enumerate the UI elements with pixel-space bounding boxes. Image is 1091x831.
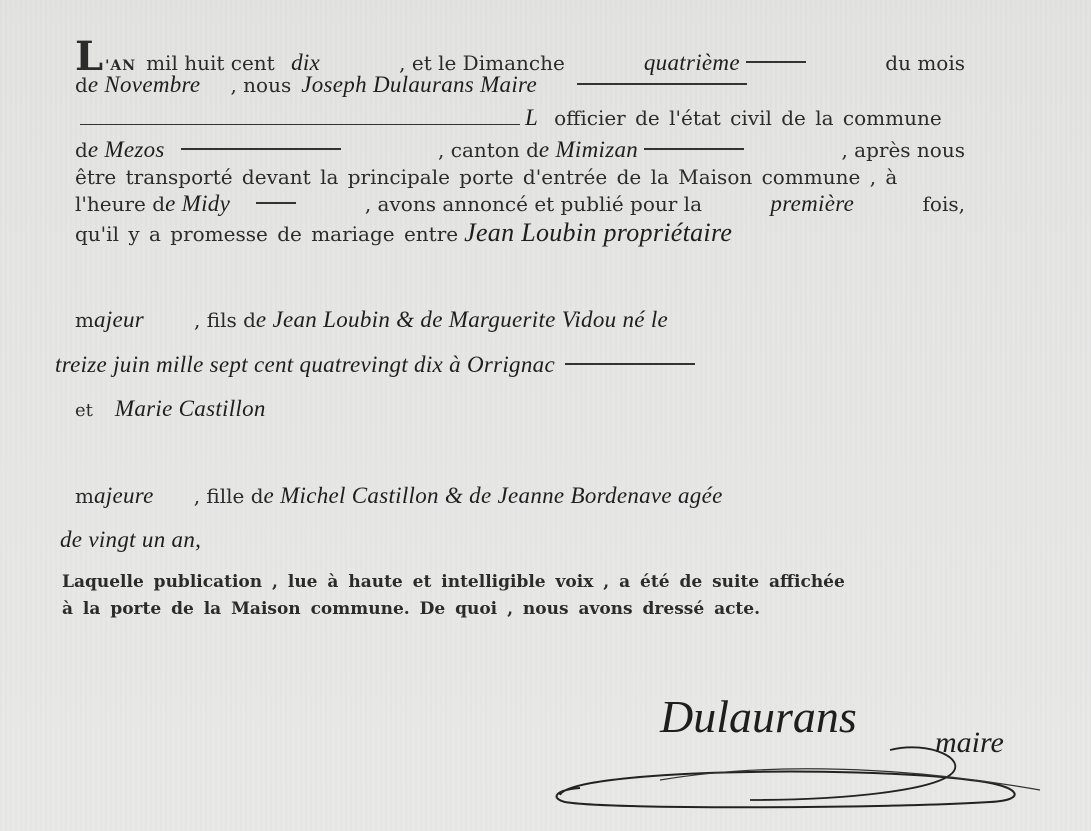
printed-text: m <box>75 307 94 333</box>
fill-rule <box>644 148 744 150</box>
printed-text: à la porte de la Maison commune. De quoi… <box>62 596 760 622</box>
line-groom-birth: treize juin mille sept cent quatrevingt … <box>75 352 965 378</box>
line-hour: l'heure de Midy , avons annoncé et publi… <box>75 191 965 217</box>
closing-line-2: à la porte de la Maison commune. De quoi… <box>62 596 967 622</box>
line-month-officer: de Novembre , nous Joseph Dulaurans Mair… <box>75 72 965 98</box>
printed-text: , après nous <box>841 137 965 163</box>
printed-text: , nous <box>230 72 291 98</box>
handwritten-groom-birth: treize juin mille sept cent quatrevingt … <box>55 352 555 378</box>
printed-text: d <box>75 138 88 162</box>
fill-rule <box>181 148 341 150</box>
line-groom-status: majeur , fils de Jean Loubin & de Margue… <box>75 307 965 333</box>
printed-text: officier de l'état civil de la commune <box>554 105 942 131</box>
printed-text: fois, <box>923 191 965 217</box>
fill-rule <box>746 61 806 63</box>
line-promise: qu'il y a promesse de mariage entre Jean… <box>75 220 965 247</box>
line-commune-canton: de Mezos , canton de Mimizan , après nou… <box>75 137 965 163</box>
fill-rule <box>80 124 520 125</box>
line-officer-title: L officier de l'état civil de la commune <box>75 105 965 131</box>
fill-rule <box>565 363 695 365</box>
closing-line-1: Laquelle publication , lue à haute et in… <box>62 569 967 595</box>
handwritten-bride-status: ajeure <box>94 483 154 509</box>
printed-text: l'heure d <box>75 192 165 216</box>
printed-text: , canton d <box>438 138 539 162</box>
signature-name: Dulaurans <box>660 690 857 743</box>
signature-flourish-icon <box>550 740 1050 820</box>
handwritten-bride-age: de vingt un an, <box>60 527 201 553</box>
printed-text: , fille d <box>194 483 264 509</box>
fill-rule <box>256 202 296 204</box>
handwritten-bride-parents: e Michel Castillon & de Jeanne Bordenave… <box>264 483 723 509</box>
printed-text: qu'il y a promesse de mariage entre <box>75 221 458 247</box>
handwritten-bride-name: Marie Castillon <box>115 396 266 422</box>
printed-text: d <box>75 72 88 98</box>
line-bride-intro: et Marie Castillon <box>75 396 965 424</box>
handwritten-month: e Novembre <box>88 72 201 98</box>
printed-text: et <box>75 398 93 424</box>
handwritten-hour: e Midy <box>165 191 230 216</box>
handwritten-officer-name: Joseph Dulaurans Maire <box>301 72 537 98</box>
printed-text: m <box>75 483 94 509</box>
printed-text: , fils d <box>194 307 256 333</box>
handwritten-mark: L <box>525 105 538 131</box>
line-bride-age: de vingt un an, <box>75 527 965 553</box>
printed-text: Laquelle publication , lue à haute et in… <box>62 569 845 595</box>
handwritten-groom-name: Jean Loubin propriétaire <box>464 220 732 246</box>
line-bride-status: majeure , fille de Michel Castillon & de… <box>75 483 965 509</box>
fill-rule <box>577 83 747 85</box>
handwritten-canton: e Mimizan <box>539 137 638 162</box>
handwritten-groom-status: ajeur <box>94 307 144 333</box>
printed-text: , avons annoncé et publié pour la <box>365 191 702 217</box>
handwritten-commune: e Mezos <box>88 137 165 162</box>
handwritten-publication-count: première <box>770 191 854 217</box>
handwritten-groom-parents: e Jean Loubin & de Marguerite Vidou né l… <box>256 307 668 333</box>
line-transport: être transporté devant la principale por… <box>75 164 965 190</box>
printed-text: être transporté devant la principale por… <box>75 164 897 190</box>
